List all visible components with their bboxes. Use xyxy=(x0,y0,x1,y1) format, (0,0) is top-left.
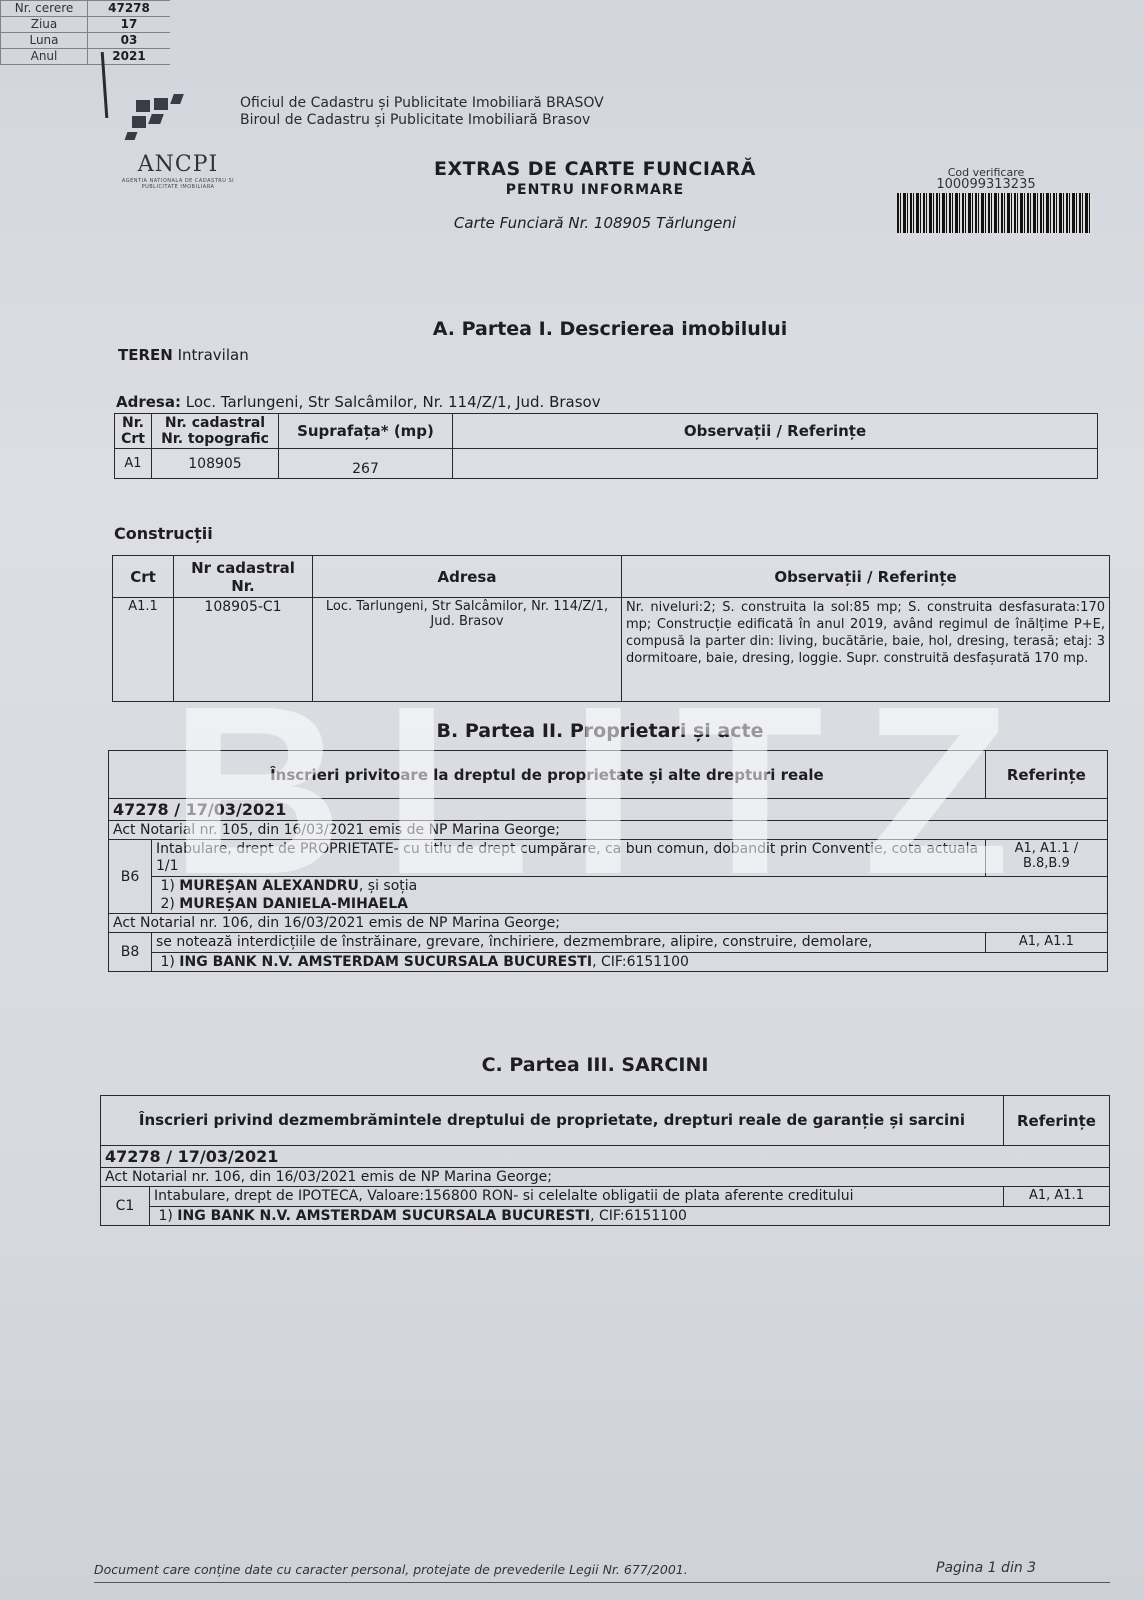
entry-reference: A1, A1.1 / B.8,B.9 xyxy=(985,840,1107,877)
person: 1) MUREȘAN ALEXANDRU, și soția xyxy=(152,877,1108,896)
act-row: Act Notarial nr. 105, din 16/03/2021 emi… xyxy=(109,821,1108,840)
person-row: 2) MUREȘAN DANIELA-MIHAELA xyxy=(109,895,1108,914)
cell-observatii: Nr. niveluri:2; S. construita la sol:85 … xyxy=(622,598,1110,702)
person-row: 1) ING BANK N.V. AMSTERDAM SUCURSALA BUC… xyxy=(109,953,1108,972)
person: 1) ING BANK N.V. AMSTERDAM SUCURSALA BUC… xyxy=(150,1207,1110,1226)
request-value: 2021 xyxy=(88,49,171,65)
person: 1) ING BANK N.V. AMSTERDAM SUCURSALA BUC… xyxy=(152,953,1108,972)
teren-category: Intravilan xyxy=(178,346,249,364)
col-referinte: Referințe xyxy=(985,751,1107,799)
col-inscrieri: Înscrieri privind dezmembrămintele drept… xyxy=(101,1096,1004,1146)
entry-text: Intabulare, drept de IPOTECA, Valoare:15… xyxy=(150,1187,1004,1207)
office-line-2: Biroul de Cadastru și Publicitate Imobil… xyxy=(240,112,604,129)
logo-subtitle: AGENTIA NATIONALA DE CADASTRU SI PUBLICI… xyxy=(118,178,238,190)
table-row: A1.1 108905-C1 Loc. Tarlungeni, Str Salc… xyxy=(113,598,1110,702)
part-i-heading: A. Partea I. Descrierea imobilului xyxy=(380,318,840,340)
person-name: MUREȘAN ALEXANDRU xyxy=(179,878,359,894)
barcode xyxy=(897,193,1092,233)
verification-code-value: 100099313235 xyxy=(897,178,1075,191)
office-line-1: Oficiul de Cadastru și Publicitate Imobi… xyxy=(240,95,604,112)
request-line: 47278 / 17/03/2021 xyxy=(101,1146,1110,1168)
address-value: Loc. Tarlungeni, Str Salcâmilor, Nr. 114… xyxy=(186,393,601,411)
cell-crt: A1.1 xyxy=(113,598,174,702)
entry-row: B8 se notează interdicțiile de înstrăina… xyxy=(109,933,1108,953)
request-line: 47278 / 17/03/2021 xyxy=(109,799,1108,821)
entry-code: B6 xyxy=(109,840,152,914)
constructii-label: Construcții xyxy=(114,524,213,543)
request-info-table: Nr. cerere47278 Ziua17 Luna03 Anul2021 xyxy=(0,0,170,65)
request-label: Ziua xyxy=(1,17,88,33)
owners-table: Înscrieri privitoare la dreptul de propr… xyxy=(108,750,1108,972)
entry-text: Intabulare, drept de PROPRIETATE- cu tit… xyxy=(152,840,986,877)
col-referinte: Referințe xyxy=(1003,1096,1109,1146)
part-ii-heading: B. Partea II. Proprietari și acte xyxy=(400,720,800,742)
cell-suprafata: 267 xyxy=(279,449,453,479)
table-header-row: Nr. Crt Nr. cadastral Nr. topografic Sup… xyxy=(115,414,1098,449)
person-name: MUREȘAN DANIELA-MIHAELA xyxy=(179,896,408,912)
footer-divider xyxy=(94,1582,1110,1583)
entry-code: C1 xyxy=(101,1187,150,1226)
page-number: Pagina 1 din 3 xyxy=(936,1560,1036,1576)
request-row: Anul2021 xyxy=(1,49,171,65)
col-inscrieri: Înscrieri privitoare la dreptul de propr… xyxy=(109,751,986,799)
act-notarial: Act Notarial nr. 106, din 16/03/2021 emi… xyxy=(101,1168,1110,1187)
col-observatii: Observații / Referințe xyxy=(622,556,1110,598)
request-value: 03 xyxy=(88,33,171,49)
act-notarial: Act Notarial nr. 105, din 16/03/2021 emi… xyxy=(109,821,1108,840)
act-row: Act Notarial nr. 106, din 16/03/2021 emi… xyxy=(109,914,1108,933)
request-row: Luna03 xyxy=(1,33,171,49)
col-crt: Crt xyxy=(113,556,174,598)
col-suprafata: Suprafața* (mp) xyxy=(279,414,453,449)
request-value: 17 xyxy=(88,17,171,33)
person-number: 1) xyxy=(160,878,174,894)
cell-nr-cadastral: 108905-C1 xyxy=(174,598,313,702)
act-notarial: Act Notarial nr. 106, din 16/03/2021 emi… xyxy=(109,914,1108,933)
request-line-row: 47278 / 17/03/2021 xyxy=(109,799,1108,821)
office-info: Oficiul de Cadastru și Publicitate Imobi… xyxy=(240,95,604,129)
request-label: Anul xyxy=(1,49,88,65)
cell-adresa: Loc. Tarlungeni, Str Salcâmilor, Nr. 114… xyxy=(313,598,622,702)
request-row: Ziua17 xyxy=(1,17,171,33)
constructii-table: Crt Nr cadastral Nr. Adresa Observații /… xyxy=(112,555,1110,702)
person-suffix: , CIF:6151100 xyxy=(590,1208,687,1224)
logo-name: ANCPI xyxy=(118,152,238,177)
footer-note: Document care conține date cu caracter p… xyxy=(94,1562,688,1577)
entry-row: B6 Intabulare, drept de PROPRIETATE- cu … xyxy=(109,840,1108,877)
document-subtitle: PENTRU INFORMARE xyxy=(380,182,810,198)
person-name: ING BANK N.V. AMSTERDAM SUCURSALA BUCURE… xyxy=(179,954,592,970)
person-suffix: , CIF:6151100 xyxy=(592,954,689,970)
document-title: EXTRAS DE CARTE FUNCIARĂ xyxy=(380,158,810,180)
person-suffix: , și soția xyxy=(359,878,417,894)
cell-nr-crt: A1 xyxy=(115,449,152,479)
ancpi-logo: ANCPI AGENTIA NATIONALA DE CADASTRU SI P… xyxy=(118,92,238,202)
parcel-table: Nr. Crt Nr. cadastral Nr. topografic Sup… xyxy=(114,413,1098,479)
person-number: 2) xyxy=(160,896,174,912)
request-value: 47278 xyxy=(88,1,171,17)
person-name: ING BANK N.V. AMSTERDAM SUCURSALA BUCURE… xyxy=(177,1208,590,1224)
person-number: 1) xyxy=(160,954,174,970)
request-row: Nr. cerere47278 xyxy=(1,1,171,17)
table-header-row: Înscrieri privitoare la dreptul de propr… xyxy=(109,751,1108,799)
col-nr-crt: Nr. Crt xyxy=(115,414,152,449)
teren-label: TEREN Intravilan xyxy=(118,346,249,364)
document-page: ANCPI AGENTIA NATIONALA DE CADASTRU SI P… xyxy=(0,0,1144,1600)
person: 2) MUREȘAN DANIELA-MIHAELA xyxy=(152,895,1108,914)
part-iii-heading: C. Partea III. SARCINI xyxy=(400,1054,790,1076)
cell-nr-cadastral: 108905 xyxy=(152,449,279,479)
person-row: 1) ING BANK N.V. AMSTERDAM SUCURSALA BUC… xyxy=(101,1207,1110,1226)
act-row: Act Notarial nr. 106, din 16/03/2021 emi… xyxy=(101,1168,1110,1187)
col-adresa: Adresa xyxy=(313,556,622,598)
table-header-row: Crt Nr cadastral Nr. Adresa Observații /… xyxy=(113,556,1110,598)
request-line-row: 47278 / 17/03/2021 xyxy=(101,1146,1110,1168)
request-label: Nr. cerere xyxy=(1,1,88,17)
address-label: Adresa: xyxy=(116,393,181,411)
entry-text: se notează interdicțiile de înstrăinare,… xyxy=(152,933,986,953)
request-label: Luna xyxy=(1,33,88,49)
cell-observatii xyxy=(453,449,1098,479)
entry-reference: A1, A1.1 xyxy=(985,933,1107,953)
sarcini-table: Înscrieri privind dezmembrămintele drept… xyxy=(100,1095,1110,1226)
col-nr-cadastral: Nr cadastral Nr. xyxy=(174,556,313,598)
carte-funciara-number: Carte Funciară Nr. 108905 Tărlungeni xyxy=(380,214,810,232)
person-number: 1) xyxy=(158,1208,172,1224)
teren-type: TEREN xyxy=(118,346,173,364)
entry-row: C1 Intabulare, drept de IPOTECA, Valoare… xyxy=(101,1187,1110,1207)
table-header-row: Înscrieri privind dezmembrămintele drept… xyxy=(101,1096,1110,1146)
address-line: Adresa: Loc. Tarlungeni, Str Salcâmilor,… xyxy=(116,393,601,411)
col-nr-cadastral: Nr. cadastral Nr. topografic xyxy=(152,414,279,449)
entry-code: B8 xyxy=(109,933,152,972)
table-row: A1 108905 267 xyxy=(115,449,1098,479)
person-row: 1) MUREȘAN ALEXANDRU, și soția xyxy=(109,877,1108,896)
col-observatii: Observații / Referințe xyxy=(453,414,1098,449)
entry-reference: A1, A1.1 xyxy=(1003,1187,1109,1207)
